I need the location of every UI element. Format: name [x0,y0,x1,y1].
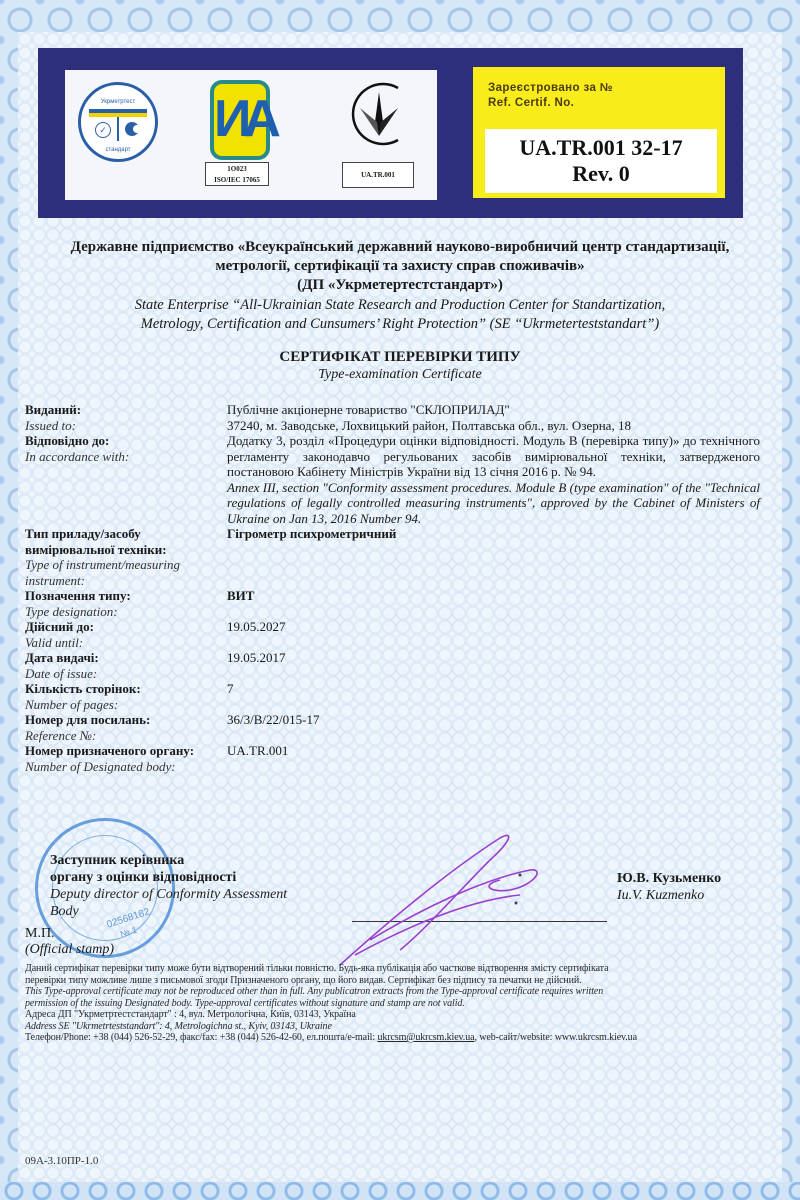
signer-name: Ю.В. Кузьменко Iu.V. Kuzmenko [617,870,721,904]
registration-number: UA.TR.001 32-17 [485,135,717,161]
reference-no-value: 36/3/B/22/015-17 [227,712,760,728]
field-date-of-issue: Дата видачі:Date of issue: 19.05.2017 [25,650,760,681]
registration-number-box: UA.TR.001 32-17 Rev. 0 [485,129,717,193]
accordance-ua: Додатку 3, розділ «Процедури оцінки відп… [227,433,760,480]
field-type-designation: Позначення типу:Type designation: ВИТ [25,588,760,619]
guilloche-bottom-strip [0,1182,800,1200]
handwritten-signature-icon [330,830,560,970]
accreditation-ia-icon: ИА [210,80,270,160]
ukrmetrteststandart-logo-icon: Укрметртест ✓ стандарт [78,82,158,162]
signatory-position: Заступник керівника органу з оцінки відп… [50,852,370,920]
designated-body-value: UA.TR.001 [227,743,760,759]
registration-revision: Rev. 0 [485,161,717,187]
field-issued-to: Виданий:Issued to: Публічне акціонерне т… [25,402,760,433]
contact-line: Телефон/Phone: +38 (044) 526-52-29, факс… [25,1032,775,1044]
field-reference-no: Номер для посилань:Reference №: 36/3/B/2… [25,712,760,743]
registration-box: Зареєстровано за № Ref. Certif. No. UA.T… [473,67,725,198]
field-valid-until: Дійсний до:Valid until: 19.05.2027 [25,619,760,650]
date-of-issue-value: 19.05.2017 [227,650,760,666]
form-code: 09А-3.10ПР-1.0 [25,1155,98,1167]
issued-to-address: 37240, м. Заводське, Лохвицький район, П… [227,418,760,434]
ia-glyph: ИА [214,90,266,148]
accreditation-number: 1O023 [206,164,268,175]
field-in-accordance: Відповідно до:In accordance with: Додатк… [25,433,760,526]
field-number-of-pages: Кількість сторінок:Number of pages: 7 [25,681,760,712]
number-of-pages-value: 7 [227,681,760,697]
address-en: Address SE "Ukrmetrteststandart": 4, Met… [25,1021,775,1033]
registration-label: Зареєстровано за № Ref. Certif. No. [488,81,613,111]
type-designation-value: ВИТ [227,588,760,604]
stamp-label: М.П. (Official stamp) [25,926,114,958]
designated-body-caption: UA.TR.001 [342,162,414,188]
valid-until-value: 19.05.2027 [227,619,760,635]
ukraine-conformity-mark-icon [350,78,408,150]
legal-notice: Даний сертифікат перевірки типу може бут… [25,963,775,1044]
instrument-type-value: Гігрометр психрометричний [227,526,760,542]
certificate-title: СЕРТИФІКАТ ПЕРЕВІРКИ ТИПУ Type-examinati… [30,348,770,384]
accreditation-caption: 1O023 ISO/IEC 17065 [205,162,269,186]
conformity-mini-icon: ✓ [95,122,111,138]
issuing-organization: Державне підприємство «Всеукраїнський де… [30,238,770,334]
crescent-icon [125,122,139,136]
website-link[interactable]: www.ukrcsm.kiev.ua [555,1032,637,1043]
field-designated-body: Номер призначеного органу:Number of Desi… [25,743,760,774]
email-link[interactable]: ukrcsm@ukrcsm.kiev.ua [377,1032,474,1043]
address-ua: Адреса ДП "Укрметртестстандарт" : 4, вул… [25,1009,775,1021]
logo-bottom-text: стандарт [81,147,155,153]
accordance-en: Annex III, section "Conformity assessmen… [227,480,760,527]
accreditation-standard: ISO/IEC 17065 [206,175,268,186]
field-instrument-type: Тип приладу/засобу вимірювальної техніки… [25,526,760,588]
issued-to-company: Публічне акціонерне товариство "СКЛОПРИЛ… [227,402,760,418]
logo-top-text: Укрметртест [81,99,155,105]
certificate-fields: Виданий:Issued to: Публічне акціонерне т… [25,402,760,774]
